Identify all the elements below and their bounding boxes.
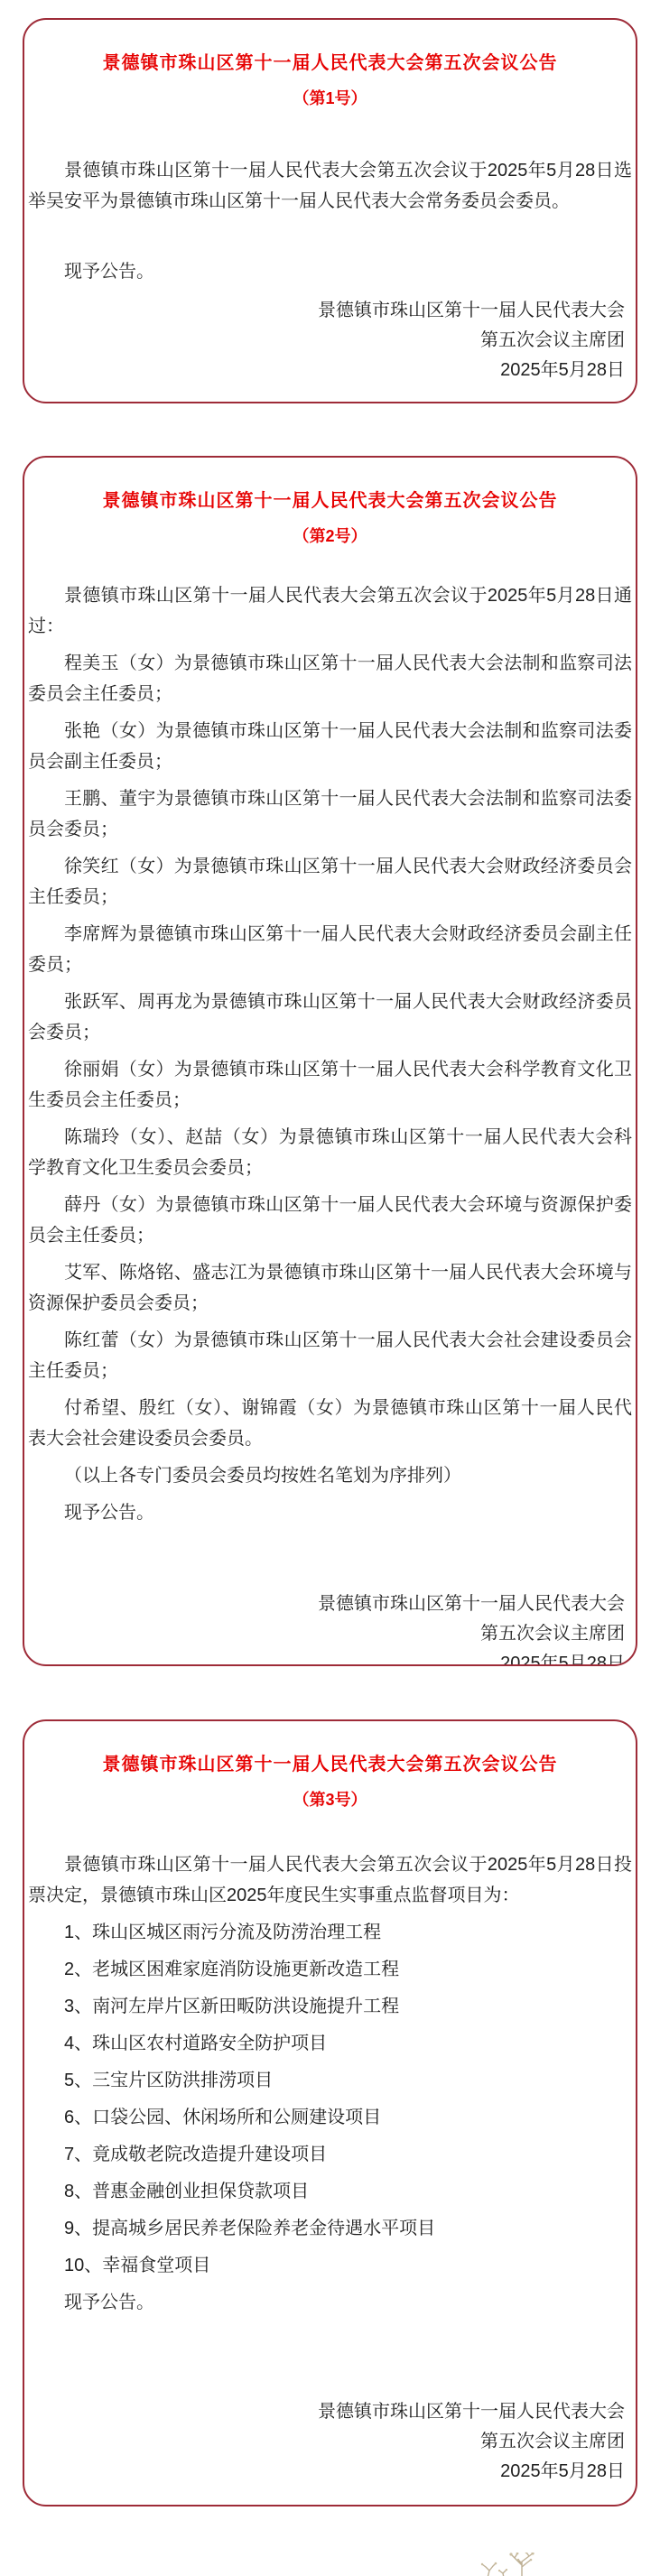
paragraph: 8、普惠金融创业担保贷款项目: [28, 2176, 632, 2207]
signature-line: 2025年5月28日: [28, 2457, 625, 2487]
tree-illustration: [451, 2553, 560, 2576]
announcement-body: 景德镇市珠山区第十一届人民代表大会第五次会议于2025年5月28日通过：程美玉（…: [28, 580, 632, 1528]
paragraph: 6、口袋公园、休闲场所和公厕建设项目: [28, 2102, 632, 2133]
paragraph: 李席辉为景德镇市珠山区第十一届人民代表大会财政经济委员会副主任委员；: [28, 919, 632, 980]
announcement-title: 景德镇市珠山区第十一届人民代表大会第五次会议公告: [28, 1747, 632, 1783]
announcement-number: （第1号）: [28, 81, 632, 116]
paragraph: 5、三宝片区防洪排涝项目: [28, 2065, 632, 2096]
paragraph: 景德镇市珠山区第十一届人民代表大会第五次会议于2025年5月28日选举吴安平为景…: [28, 155, 632, 217]
signature-line: 2025年5月28日: [28, 1649, 625, 1666]
announcement-title: 景德镇市珠山区第十一届人民代表大会第五次会议公告: [28, 483, 632, 519]
signature-block: 景德镇市珠山区第十一届人民代表大会第五次会议主席团2025年5月28日: [28, 2397, 632, 2487]
paragraph: 陈红蕾（女）为景德镇市珠山区第十一届人民代表大会社会建设委员会主任委员；: [28, 1325, 632, 1386]
paragraph: 7、竟成敬老院改造提升建设项目: [28, 2139, 632, 2170]
paragraph: （以上各专门委员会委员均按姓名笔划为序排列）: [28, 1460, 632, 1491]
paragraph: 张跃军、周再龙为景德镇市珠山区第十一届人民代表大会财政经济委员会委员；: [28, 987, 632, 1048]
announcement-header: 景德镇市珠山区第十一届人民代表大会第五次会议公告 （第3号）: [28, 1747, 632, 1817]
announcement-body: 景德镇市珠山区第十一届人民代表大会第五次会议于2025年5月28日选举吴安平为景…: [28, 155, 632, 287]
signature-line: 2025年5月28日: [28, 356, 625, 385]
paragraph: 徐丽娟（女）为景德镇市珠山区第十一届人民代表大会科学教育文化卫生委员会主任委员；: [28, 1054, 632, 1116]
announcement-card: 景德镇市珠山区第十一届人民代表大会第五次会议公告 （第3号） 景德镇市珠山区第十…: [23, 1719, 637, 2507]
signature-block: 景德镇市珠山区第十一届人民代表大会第五次会议主席团2025年5月28日: [28, 1589, 632, 1666]
announcement-title: 景德镇市珠山区第十一届人民代表大会第五次会议公告: [28, 45, 632, 81]
paragraph: 4、珠山区农村道路安全防护项目: [28, 2028, 632, 2059]
paragraph: 1、珠山区城区雨污分流及防涝治理工程: [28, 1917, 632, 1948]
paragraph: 景德镇市珠山区第十一届人民代表大会第五次会议于2025年5月28日投票决定，景德…: [28, 1849, 632, 1911]
announcement-page: 景德镇市珠山区第十一届人民代表大会第五次会议公告 （第1号） 景德镇市珠山区第十…: [0, 0, 660, 2576]
announcement-card-list: 景德镇市珠山区第十一届人民代表大会第五次会议公告 （第1号） 景德镇市珠山区第十…: [0, 18, 660, 2507]
paragraph: 景德镇市珠山区第十一届人民代表大会第五次会议于2025年5月28日通过：: [28, 580, 632, 642]
signature-line: 第五次会议主席团: [28, 326, 625, 356]
paragraph: 徐笑红（女）为景德镇市珠山区第十一届人民代表大会财政经济委员会主任委员；: [28, 851, 632, 913]
paragraph: 艾军、陈烙铭、盛志江为景德镇市珠山区第十一届人民代表大会环境与资源保护委员会委员…: [28, 1257, 632, 1319]
announcement-number: （第3号）: [28, 1783, 632, 1817]
paragraph: 程美玉（女）为景德镇市珠山区第十一届人民代表大会法制和监察司法委员会主任委员；: [28, 648, 632, 709]
announcement-card: 景德镇市珠山区第十一届人民代表大会第五次会议公告 （第1号） 景德镇市珠山区第十…: [23, 18, 637, 403]
paragraph: 付希望、殷红（女）、谢锦霞（女）为景德镇市珠山区第十一届人民代表大会社会建设委员…: [28, 1393, 632, 1454]
paragraph: 王鹏、董宇为景德镇市珠山区第十一届人民代表大会法制和监察司法委员会委员；: [28, 783, 632, 845]
announcement-header: 景德镇市珠山区第十一届人民代表大会第五次会议公告 （第2号）: [28, 483, 632, 553]
announcement-body: 景德镇市珠山区第十一届人民代表大会第五次会议于2025年5月28日投票决定，景德…: [28, 1849, 632, 2318]
paragraph: 10、幸福食堂项目: [28, 2250, 632, 2281]
paragraph: 陈瑞玲（女）、赵喆（女）为景德镇市珠山区第十一届人民代表大会科学教育文化卫生委员…: [28, 1122, 632, 1183]
closing-line: 现予公告。: [28, 256, 632, 287]
announcement-card: 景德镇市珠山区第十一届人民代表大会第五次会议公告 （第2号） 景德镇市珠山区第十…: [23, 456, 637, 1666]
signature-line: 景德镇市珠山区第十一届人民代表大会: [28, 296, 625, 326]
closing-line: 现予公告。: [28, 2287, 632, 2318]
signature-line: 第五次会议主席团: [28, 1619, 625, 1649]
paragraph: 张艳（女）为景德镇市珠山区第十一届人民代表大会法制和监察司法委员会副主任委员；: [28, 716, 632, 777]
closing-line: 现予公告。: [28, 1497, 632, 1528]
announcement-header: 景德镇市珠山区第十一届人民代表大会第五次会议公告 （第1号）: [28, 45, 632, 116]
signature-line: 景德镇市珠山区第十一届人民代表大会: [28, 2397, 625, 2427]
paragraph: 9、提高城乡居民养老保险养老金待遇水平项目: [28, 2213, 632, 2244]
paragraph: 2、老城区困难家庭消防设施更新改造工程: [28, 1954, 632, 1985]
paragraph: 3、南河左岸片区新田畈防洪设施提升工程: [28, 1991, 632, 2022]
signature-line: 景德镇市珠山区第十一届人民代表大会: [28, 1589, 625, 1619]
announcement-number: （第2号）: [28, 519, 632, 553]
signature-line: 第五次会议主席团: [28, 2427, 625, 2457]
paragraph: 薛丹（女）为景德镇市珠山区第十一届人民代表大会环境与资源保护委员会主任委员；: [28, 1190, 632, 1251]
signature-block: 景德镇市珠山区第十一届人民代表大会第五次会议主席团2025年5月28日: [28, 296, 632, 385]
